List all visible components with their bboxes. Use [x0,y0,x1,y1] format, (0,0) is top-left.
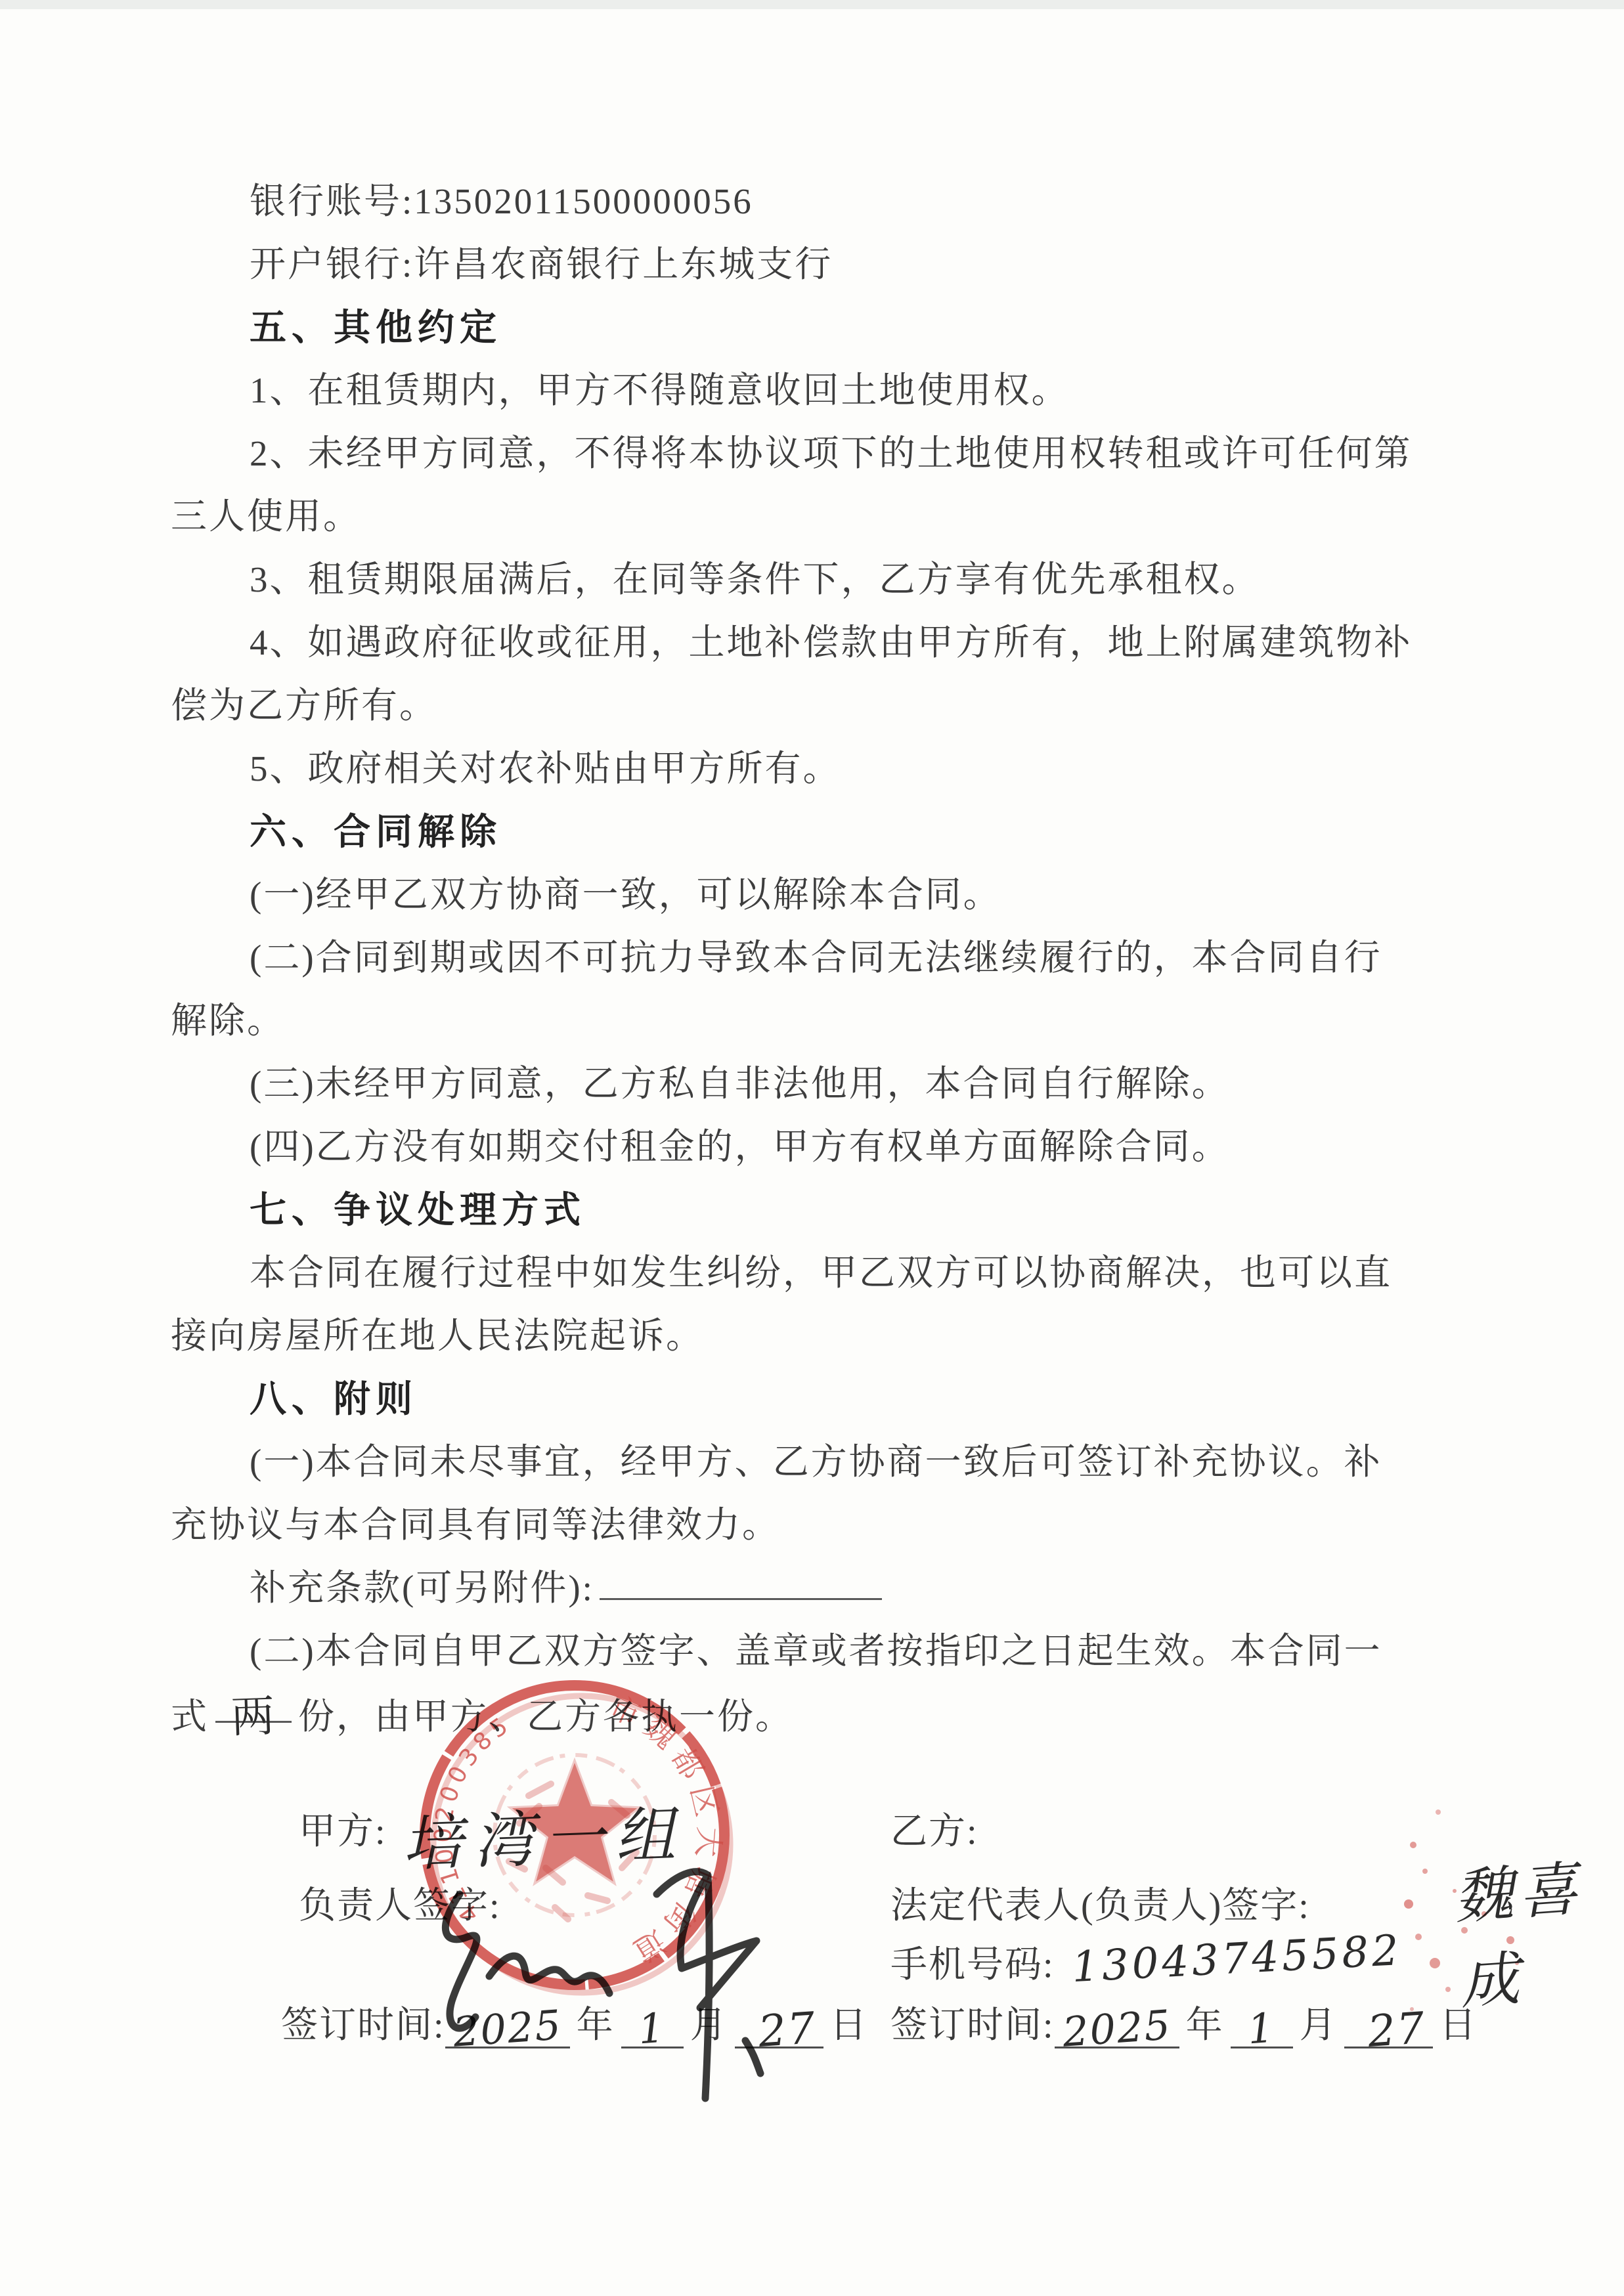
day-handwritten: 27 [1366,2003,1427,2057]
copies-handwritten-value: 两 [230,1685,277,1749]
seal-arc-text: 市魏都区大塘街道 [604,1690,726,1972]
clause-line: 接向房屋所在地人民法院起诉。 [171,1305,1438,1368]
clause-line: (一)本合同未尽事宜，经甲方、乙方协商一致后可签订补充协议。补 [171,1431,1438,1494]
section-5-heading: 五、其他约定 [171,296,1438,359]
party-b-signer-label: 法定代表人(负责人)签字: [890,1876,1310,1929]
clause-line: 偿为乙方所有。 [171,674,1438,737]
bank-account-line: 银行账号:13502011500000056 [171,170,1438,233]
clause-line: 2、未经甲方同意，不得将本协议项下的土地使用权转租或许可任何第 [171,422,1438,485]
clause-line: 4、如遇政府征收或征用，土地补偿款由甲方所有，地上附属建筑物补 [171,611,1438,674]
contract-body-text: 银行账号:13502011500000056 开户银行:许昌农商银行上东城支行 … [171,170,1438,1746]
party-b-sign-date-row: 签订时间: 2025 年 1 月 27 日 [890,1996,1484,2048]
day-unit: 日 [1439,1996,1478,2048]
phone-label: 手机号码: [890,1945,1055,1985]
party-b-handwritten-signature: 魏喜成 [1451,1838,1624,2020]
day-unit: 日 [830,1996,868,2048]
supplement-label: 补充条款(可另附件): [250,1568,594,1608]
clause-line: 1、在租赁期内，甲方不得随意收回土地使用权。 [171,359,1438,422]
scan-edge-shadow [0,0,1624,9]
party-b-label: 乙方: [890,1802,978,1855]
month-handwritten: 1 [1246,2004,1277,2054]
clause-line: (二)合同到期或因不可抗力导致本合同无法继续履行的，本合同自行 [171,926,1438,989]
day-blank: 27 [1344,2001,1433,2048]
section-7-heading: 七、争议处理方式 [171,1179,1438,1242]
official-round-seal: 41100200385 市魏都区大塘街道 [391,1651,758,2019]
phone-handwritten-number: 13043745582 [1070,1926,1403,1992]
svg-text:市魏都区大塘街道: 市魏都区大塘街道 [604,1690,726,1972]
party-a-label: 甲方: [299,1802,387,1855]
sign-date-label: 签订时间: [890,1996,1055,2048]
clause-line: (三)未经甲方同意，乙方私自非法他用，本合同自行解除。 [171,1052,1438,1116]
bank-branch-line: 开户银行:许昌农商银行上东城支行 [171,233,1438,296]
clause-line: 本合同在履行过程中如发生纠纷，甲乙双方可以协商解决，也可以直 [171,1242,1438,1305]
month-unit: 月 [1300,1996,1338,2048]
year-handwritten: 2025 [1061,2001,1172,2056]
clause-line: 5、政府相关对农补贴由甲方所有。 [171,737,1438,800]
clause-line: 解除。 [171,989,1438,1052]
year-unit: 年 [1186,1996,1224,2048]
clause-line: (二)本合同自甲乙双方签字、盖章或者按指印之日起生效。本合同一 [171,1620,1438,1683]
clause-line: 充协议与本合同具有同等法律效力。 [171,1494,1438,1557]
year-blank: 2025 [1055,2001,1179,2048]
clause-line: (四)乙方没有如期交付租金的，甲方有权单方面解除合同。 [171,1116,1438,1179]
scanned-contract-page: 银行账号:13502011500000056 开户银行:许昌农商银行上东城支行 … [0,0,1624,2296]
section-8-heading: 八、附则 [171,1368,1438,1431]
copies-prefix: 式 [171,1697,209,1737]
copies-line: 式两份，由甲方、乙方各执一份。 [171,1683,1438,1746]
copies-blank: 两 [215,1683,292,1723]
phone-row: 手机号码:13043745582 [890,1936,1401,1988]
clause-line: (一)经甲乙双方协商一致，可以解除本合同。 [171,863,1438,926]
month-blank: 1 [1231,2001,1293,2048]
day-handwritten: 27 [757,2003,818,2057]
seal-star-icon [512,1763,637,1882]
supplement-blank-line [600,1560,882,1600]
clause-line: 3、租赁期限届满后，在同等条件下，乙方享有优先承租权。 [171,548,1438,611]
supplement-clause-line: 补充条款(可另附件): [171,1557,1438,1620]
section-6-heading: 六、合同解除 [171,800,1438,863]
clause-line: 三人使用。 [171,485,1438,548]
